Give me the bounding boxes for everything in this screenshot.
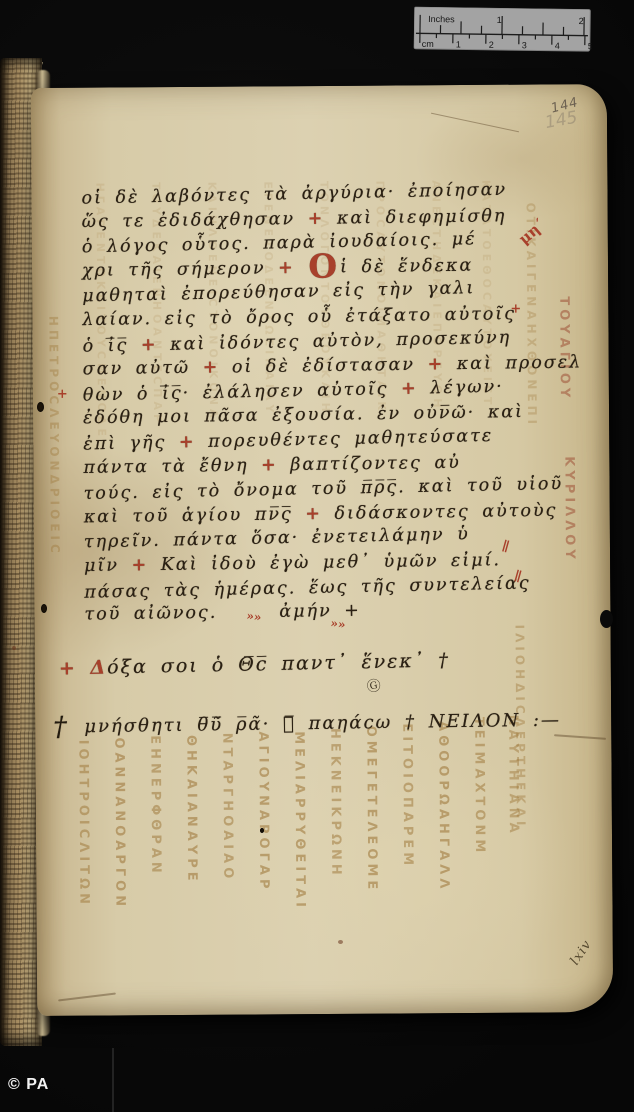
text-segment: πορευθέντες μαθητεύσατε [195,426,493,452]
ruler-label: 4 [555,41,560,51]
folio-number-faint: 145 [543,108,579,134]
damage-hole [37,402,44,412]
text-segment: + [203,358,220,378]
margin-mark: »» [246,610,262,624]
ruler-label: 1 [497,15,502,25]
undertext-column: ΑΓΙΟΥΝΑΡΟΓΑΡ [255,731,271,945]
cover-edge-highlight [112,1048,114,1112]
text-line: λαίαν. εἰς τὸ ὄρος οὗ ἐτάξατο αὐτοῖς [82,306,516,330]
text-segment: ὥς τε ἐδιδάχθησαν [82,209,308,232]
text-segment: λαίαν. εἰς τὸ ὄρος οὗ ἐτάξατο αὐτοῖς [82,304,516,330]
ruler-label: 5 [588,41,593,51]
text-segment: + [179,432,196,452]
text-segment: πάσας τὰς ἡμέρας. ἕως τῆς συντελείας [84,573,531,602]
margin-marks-layer: μη΄Ⓖ»»»»∥∥++ [31,84,607,88]
text-segment: + Δ [59,656,108,679]
text-segment: † [53,712,85,743]
text-segment: σαν αὐτῶ [83,358,203,380]
text-segment [295,258,308,278]
text-segment: λέγων· [418,377,504,399]
text-segment: ἐπὶ γῆς [83,433,179,455]
text-segment: τοῦ αἰῶνος. [84,603,217,625]
palimpsest-undertext-layer: ΙΟΗΤΡΟΙϹΛΙΤΩΝΟΑΝΝΑΝΟΑΡΓΟΝΕΗΝΕΡΦΘΡΑΝΘΗΚΑΙ… [31,84,607,88]
text-line: τοῦ αἰῶνος.ἀμήν + [84,603,361,624]
undertext-column: ΙΛΙΟΗΔΙϹΛΕΡΤΗΕΚΑΙ [513,625,529,955]
manuscript-page: ΙΟΗΤΡΟΙϹΛΙΤΩΝΟΑΝΝΑΝΟΑΡΓΟΝΕΗΝΕΡΦΘΡΑΝΘΗΚΑΙ… [31,84,613,1016]
text-segment: πάντα τὰ ἔθνη [83,455,261,477]
text-line: πάντα τὰ ἔθνη + βαπτίζοντες αὐ [83,454,461,477]
text-segment: οἱ δὲ ἐδίστασαν [219,355,427,378]
undertext-column: ΤΕΙΜΑΧΤΟΝΜ [471,717,487,917]
ruler: 12Inches12345cm [414,7,593,53]
undertext-column: ΗΠΕΤΡΟϹΛΕΥΟΝΔΡΙΟΕΙϹ [46,316,62,646]
text-line: ὁ ἰ̅ς̅ + καὶ ἰδόντες αὐτὸν, προσεκύνη [82,329,511,355]
text-line: πάσας τὰς ἡμέρας. ἕως τῆς συντελείας [84,575,531,602]
text-segment: θὼν ὁ ἰ̅ς̅· ἐλάλησεν αὐτοῖς [83,379,402,406]
text-segment: καὶ διεφημίσθη [324,206,506,229]
text-segment: + [427,355,444,375]
text-segment: Ο [308,246,337,285]
ruler-label: cm [422,39,434,49]
text-segment: οἱ δὲ λαβόντες τὰ ἀργύρια· ἐποίησαν [81,180,507,209]
text-segment: καὶ τοῦ ἁγίου πν̅ς̅ [84,504,306,527]
text-segment: + [131,555,148,575]
text-segment: διδάσκοντες αὐτοὺς [322,501,558,524]
ruler-label: 2 [489,40,494,50]
text-segment: όξα σοι ὁ Θ̅ϲ̅ παντ᾽ ἕνεκ᾽ † [107,649,450,678]
main-text-block: οἱ δὲ λαβόντες τὰ ἀργύρια· ἐποίησανὥς τε… [31,84,607,88]
photo-backdrop: { "photo": { "credit": "© PA" }, "ruler"… [0,0,634,1112]
text-line: μαθηταὶ ἐπορεύθησαν εἰς τὴν γαλι [82,281,475,307]
text-segment: Καὶ ἰδοὺ ἐγὼ μεθ᾽ ὑμῶν εἰμί. [148,550,501,575]
text-segment: + [308,208,325,228]
undertext-column: ΟΤΙΚΑΙΓΕΝΑΗΧΘΟΝΕΠΙ [524,202,541,622]
text-segment: χρι τῆς σήμερον [82,258,278,281]
ruler-label: 3 [522,40,527,50]
undertext-column: ΟΜΕΓΕΤΕΛΕΟΜΕ [363,726,379,940]
undertext-column: ΝΤΑΡΓΗΟΑΙΑΟ [219,733,235,947]
undertext-column: ΜΕΛΙΑΡΡΥΘΕΙΤΑΙ [291,731,308,949]
undertext-column: ΑΘΟΟΡΩΑΗΓΑΛΛ [435,721,451,927]
margin-mark: μη΄ [516,217,548,247]
quire-number-note: lxiv [568,937,595,968]
text-segment: ὁ ἰ̅ς̅ [82,335,141,356]
text-line: σαν αὐτῶ + οἱ δὲ ἐδίστασαν + καὶ προσελ [83,355,583,379]
undertext-column: ΚΥΡΙΛΛΟΥ [561,456,577,578]
margin-mark: ∥ [500,540,510,554]
text-line: χρι τῆς σήμερον + Οἱ δὲ ἕνδεκα [82,257,473,280]
undertext-column: ΙΟΗΤΡΟΙϹΛΙΤΩΝ [75,740,91,948]
damage-speck [338,940,343,944]
ruler-label: Inches [428,14,455,24]
text-segment: + [141,335,158,355]
undertext-column: ΟΑΝΝΑΝΟΑΡΓΟΝ [111,737,127,939]
text-segment: καὶ προσελ [444,353,582,375]
text-segment: ἀμήν + [279,601,361,622]
photo-credit-watermark: © PA [8,1076,49,1094]
damage-speck [12,646,16,650]
damage-hole [41,604,47,613]
undertext-column: ΕΗΝΕΡΦΘΡΑΝ [147,735,163,940]
text-segment: + [278,258,295,278]
text-line: ὁ λόγος οὗτος. παρὰ ἰουδαίοις. μέ [82,231,477,257]
text-segment: ἱ δὲ ἕνδεκα [340,255,473,277]
margin-mark: + [510,303,521,316]
text-segment: + [305,504,322,524]
undertext-column: ΗΕΚΝΕΙΚΡΩΝΗ [327,728,344,946]
text-segment: + [401,378,418,398]
undertext-column: ΕΙΤΟΙΟΠΑΡΕΜ [399,723,415,933]
text-segment: ἐδόθη μοι πᾶσα ἐξουσία. ἐν οὐν̅ῶ· καὶ [83,402,524,428]
ruler-label: 2 [579,16,584,26]
margin-mark: Ⓖ [366,678,382,694]
text-segment: ὁ λόγος οὗτος. παρὰ ἰουδαίοις. μέ [82,229,477,257]
text-segment: + [261,455,278,475]
ruler-label: 1 [456,39,461,49]
text-line: ἐδόθη μοι πᾶσα ἐξουσία. ἐν οὐν̅ῶ· καὶ [83,404,524,428]
text-segment: βαπτίζοντες αὐ [278,452,461,475]
text-segment: μνήσθητι θ̅ῦ̅ ρ̅ᾶ· Ⓜ̅ παηάϲω † ΝΕΙΛΟΝ :— [84,710,561,738]
text-line: + Δόξα σοι ὁ Θ̅ϲ̅ παντ᾽ ἕνεκ᾽ † [59,651,450,678]
damage-notch [600,610,613,628]
undertext-column: ΘΗΚΑΙΑΝΑΥΡΕ [183,735,199,945]
damage-hole [260,828,264,833]
margin-mark: + [57,388,68,401]
margin-mark: »» [330,617,346,631]
text-segment: μῖν [84,555,132,576]
text-line: οἱ δὲ λαβόντες τὰ ἀργύρια· ἐποίησαν [81,182,507,208]
text-segment: μαθηταὶ ἐπορεύθησαν εἰς τὴν γαλι [82,279,475,307]
